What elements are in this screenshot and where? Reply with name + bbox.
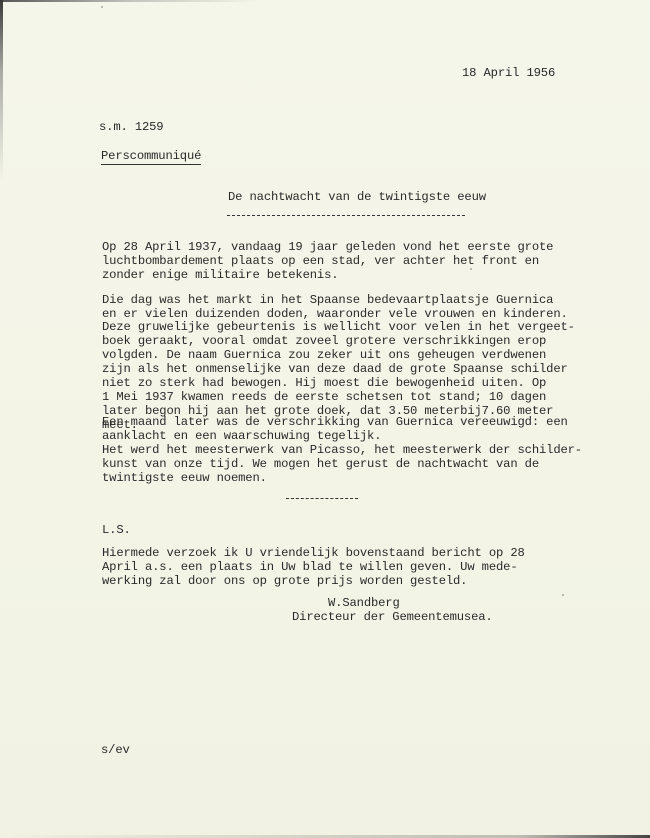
signatory-position: Directeur der Gemeentemusea. bbox=[292, 610, 493, 624]
text-line: zijn als het onmenselijke van deze daad … bbox=[102, 362, 572, 376]
request-paragraph: Hiermede verzoek ik U vriendelijk bovens… bbox=[102, 546, 572, 588]
text-line: boek geraakt, vooral omdat zoveel groter… bbox=[102, 334, 572, 348]
typed-letter-page: 18 April 1956 s.m. 1259 Perscommuniqué D… bbox=[0, 0, 650, 838]
text-line: Een maand later was de verschrikking van… bbox=[102, 415, 572, 429]
text-line: April a.s. een plaats in Uw blad te will… bbox=[102, 560, 572, 574]
reference-number: s.m. 1259 bbox=[99, 120, 163, 134]
salutation: L.S. bbox=[102, 523, 131, 537]
text-line: luchtbombardement plaats op een stad, ve… bbox=[102, 254, 572, 268]
paper-speck bbox=[470, 268, 472, 270]
text-line: Het werd het meesterwerk van Picasso, he… bbox=[102, 443, 572, 457]
text-line: Die dag was het markt in het Spaanse bed… bbox=[102, 293, 572, 307]
text-line: aanklacht en een waarschuwing tegelijk. bbox=[102, 429, 572, 443]
paragraph-4: Een maand later was de verschrikking van… bbox=[102, 415, 572, 485]
document-title: De nachtwacht van de twintigste eeuw bbox=[228, 190, 486, 204]
press-release-heading: Perscommuniqué bbox=[101, 150, 201, 165]
page-edge-shadow-left bbox=[0, 0, 3, 180]
text-line: werking zal door ons op grote prijs word… bbox=[102, 574, 572, 588]
text-line: zonder enige militaire betekenis. bbox=[102, 268, 572, 282]
text-line: volgden. De naam Guernica zou zeker uit … bbox=[102, 348, 572, 362]
text-line: en er vielen duizenden doden, waaronder … bbox=[102, 307, 572, 321]
paper-speck bbox=[562, 594, 564, 596]
text-line: 1 Mei 1937 kwamen reeds de eerste schets… bbox=[102, 390, 572, 404]
text-line: Op 28 April 1937, vandaag 19 jaar gelede… bbox=[102, 240, 572, 254]
text-line: kunst van onze tijd. We mogen het gerust… bbox=[102, 457, 572, 471]
typist-initials: s/ev bbox=[101, 743, 130, 757]
text-line: niet zo sterk had bewogen. Hij moest die… bbox=[102, 376, 572, 390]
paragraph-1: Op 28 April 1937, vandaag 19 jaar gelede… bbox=[102, 240, 572, 282]
title-underline-divider bbox=[227, 215, 465, 216]
section-divider bbox=[286, 498, 358, 499]
text-line: Deze gruwelijke gebeurtenis is wellicht … bbox=[102, 320, 572, 334]
text-line: twintigste eeuw noemen. bbox=[102, 471, 572, 485]
signatory-name: W.Sandberg bbox=[328, 596, 400, 610]
page-edge-shadow-top bbox=[0, 0, 650, 2]
text-line: Hiermede verzoek ik U vriendelijk bovens… bbox=[102, 546, 572, 560]
letter-date: 18 April 1956 bbox=[462, 66, 555, 80]
paper-speck bbox=[101, 6, 103, 8]
paragraph-2: Die dag was het markt in het Spaanse bed… bbox=[102, 293, 572, 321]
